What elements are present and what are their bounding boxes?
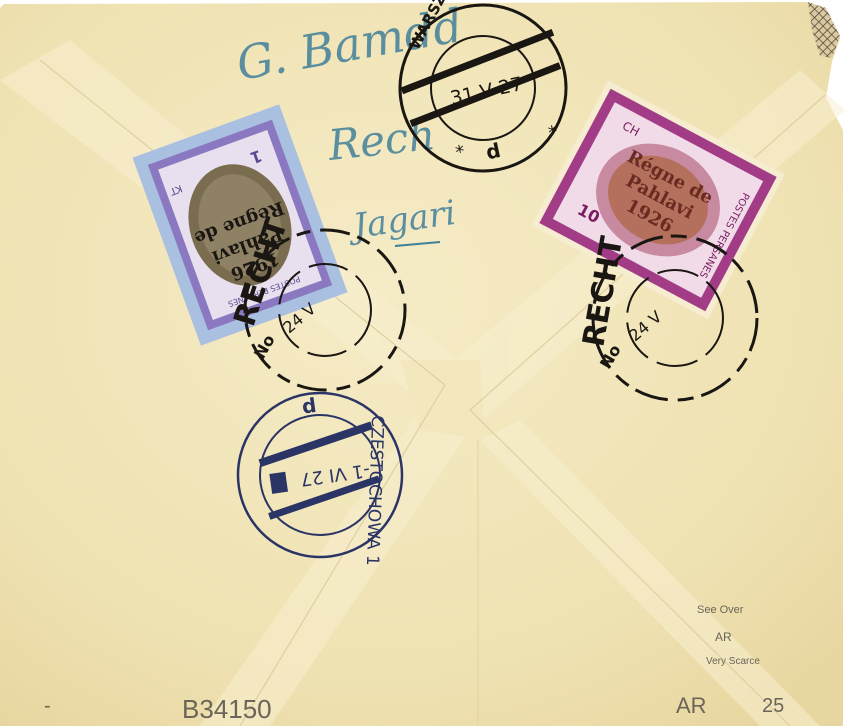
pencil-note-see-over: See Over [697, 604, 744, 616]
pencil-price: 25 [762, 695, 784, 717]
envelope-back: G. Bamdd Rech Jagari WARSZAWA 1 31 V 27 … [0, 0, 845, 726]
pencil-bottom-ar: AR [676, 693, 707, 718]
pencil-dash: - [44, 695, 51, 717]
pencil-reference-number: B34150 [182, 694, 272, 724]
pencil-note-ar: AR [715, 630, 732, 644]
pencil-note-very-scarce: Very Scarce [706, 656, 760, 667]
